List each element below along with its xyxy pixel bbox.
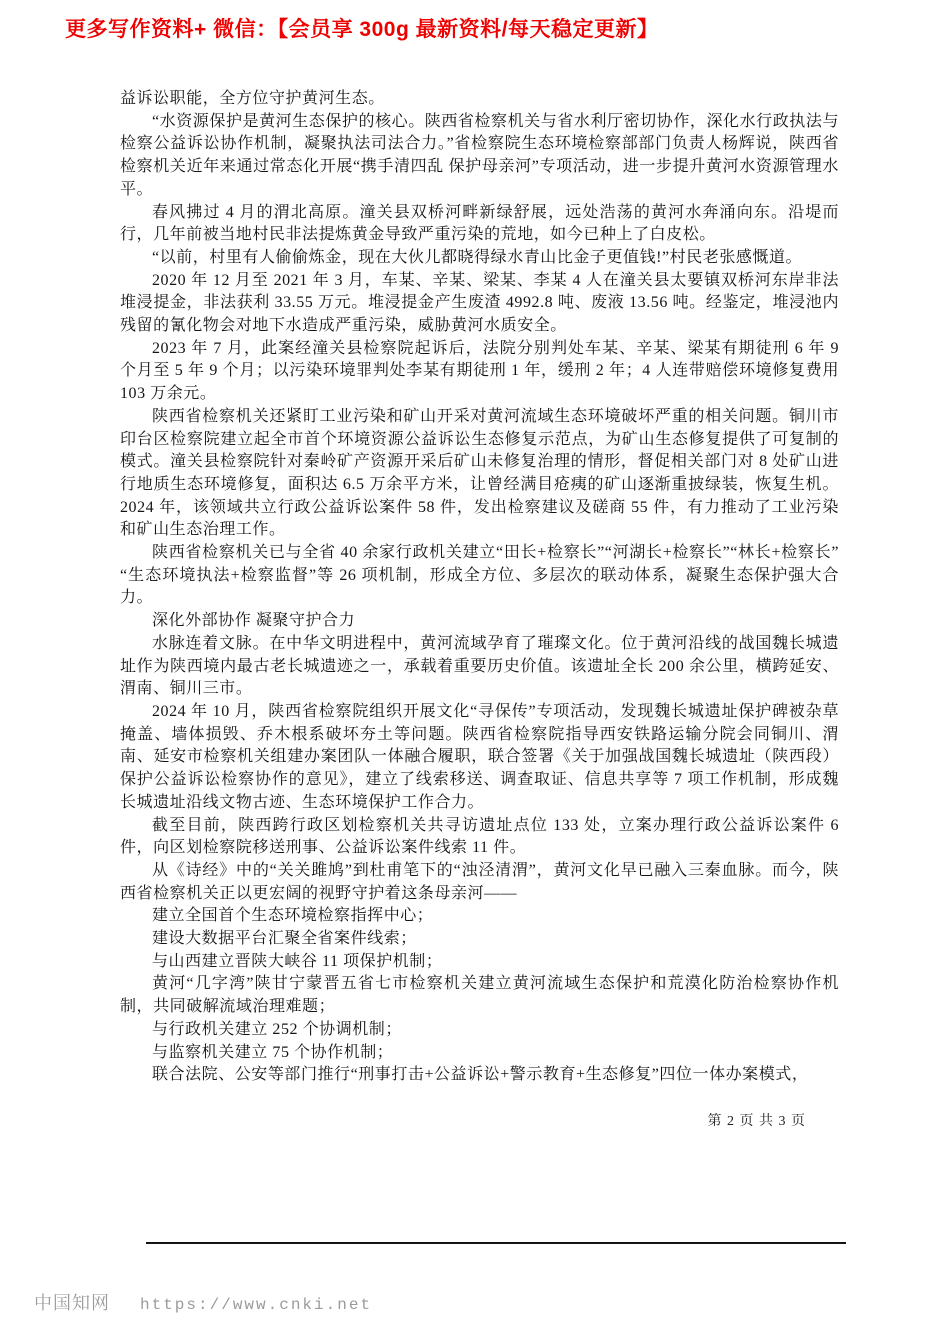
paragraph: 水脉连着文脉。在中华文明进程中，黄河流域孕育了璀璨文化。位于黄河沿线的战国魏长城…: [120, 633, 839, 701]
paragraph: 陕西省检察机关已与全省 40 余家行政机关建立“田长+检察长”“河湖长+检察长”…: [120, 542, 839, 610]
paragraph: 建立全国首个生态环境检察指挥中心；: [120, 905, 839, 928]
paragraph: 陕西省检察机关还紧盯工业污染和矿山开采对黄河流域生态环境破坏严重的相关问题。铜川…: [120, 406, 839, 542]
cnki-watermark: 中国知网 https://www.cnki.net: [34, 1289, 372, 1315]
paragraph: “水资源保护是黄河生态保护的核心。陕西省检察机关与省水利厅密切协作，深化水行政执…: [120, 111, 839, 202]
paragraph: 深化外部协作 凝聚守护合力: [120, 610, 839, 633]
paragraph: 联合法院、公安等部门推行“刑事打击+公益诉讼+警示教育+生态修复”四位一体办案模…: [120, 1064, 839, 1087]
paragraph: 春风拂过 4 月的渭北高原。潼关县双桥河畔新绿舒展，远处浩荡的黄河水奔涌向东。沿…: [120, 202, 839, 247]
document-body: 益诉讼职能，全方位守护黄河生态。“水资源保护是黄河生态保护的核心。陕西省检察机关…: [120, 88, 839, 1087]
cnki-url: https://www.cnki.net: [140, 1296, 372, 1314]
paragraph: 与山西建立晋陕大峡谷 11 项保护机制；: [120, 951, 839, 974]
paragraph: 黄河“几字湾”陕甘宁蒙晋五省七市检察机关建立黄河流域生态保护和荒漠化防治检察协作…: [120, 973, 839, 1018]
paragraph: 益诉讼职能，全方位守护黄河生态。: [120, 88, 839, 111]
footer-divider-line: [146, 1242, 846, 1244]
cnki-logo-text: 中国知网: [34, 1289, 110, 1315]
paragraph: “以前，村里有人偷偷炼金，现在大伙儿都晓得绿水青山比金子更值钱!”村民老张感慨道…: [120, 247, 839, 270]
page-number: 第 2 页 共 3 页: [120, 1110, 806, 1130]
promo-header-text: 更多写作资料+ 微信：【会员享 300g 最新资料/每天稳定更新】: [65, 13, 658, 43]
paragraph: 与监察机关建立 75 个协作机制；: [120, 1042, 839, 1065]
paragraph: 截至目前，陕西跨行政区划检察机关共寻访遗址点位 133 处，立案办理行政公益诉讼…: [120, 815, 839, 860]
paragraph: 建设大数据平台汇聚全省案件线索；: [120, 928, 839, 951]
paragraph: 与行政机关建立 252 个协调机制；: [120, 1019, 839, 1042]
paragraph: 2024 年 10 月，陕西省检察院组织开展文化“寻保传”专项活动，发现魏长城遗…: [120, 701, 839, 815]
paragraph: 2023 年 7 月，此案经潼关县检察院起诉后，法院分别判处车某、辛某、梁某有期…: [120, 338, 839, 406]
paragraph: 2020 年 12 月至 2021 年 3 月，车某、辛某、梁某、李某 4 人在…: [120, 270, 839, 338]
paragraph: 从《诗经》中的“关关雎鸠”到杜甫笔下的“浊泾清渭”，黄河文化早已融入三秦血脉。而…: [120, 860, 839, 905]
cnki-document-page: 更多写作资料+ 微信：【会员享 300g 最新资料/每天稳定更新】 益诉讼职能，…: [0, 0, 950, 1344]
